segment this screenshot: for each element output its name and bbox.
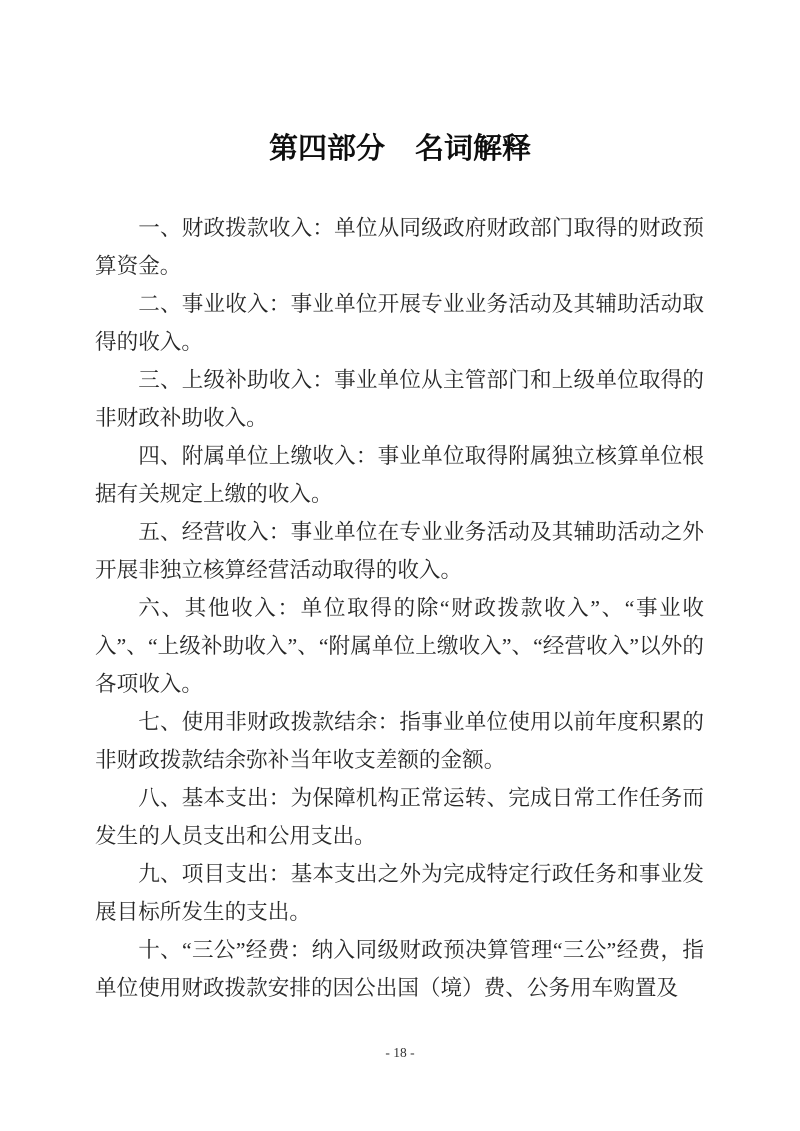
definition-affiliated-unit-income: 四、附属单位上缴收入：事业单位取得附属独立核算单位根据有关规定上缴的收入。 [95,437,704,513]
page-title: 第四部分 名词解释 [0,132,800,166]
definition-superior-subsidy-income: 三、上级补助收入：事业单位从主管部门和上级单位取得的非财政补助收入。 [95,361,704,437]
definition-basic-expenditure: 八、基本支出：为保障机构正常运转、完成日常工作任务而发生的人员支出和公用支出。 [95,779,704,855]
page-title-section: 第四部分 [269,132,385,166]
definition-business-income: 五、经营收入：事业单位在专业业务活动及其辅助活动之外开展非独立核算经营活动取得的… [95,513,704,589]
definition-operating-income: 二、事业收入：事业单位开展专业业务活动及其辅助活动取得的收入。 [95,285,704,361]
definition-non-fiscal-carryover: 七、使用非财政拨款结余：指事业单位使用以前年度积累的非财政拨款结余弥补当年收支差… [95,703,704,779]
definition-fiscal-appropriation-income: 一、财政拨款收入：单位从同级政府财政部门取得的财政预算资金。 [95,209,704,285]
page-title-subject: 名词解释 [415,132,531,166]
definition-other-income: 六、其他收入：单位取得的除“财政拨款收入”、“事业收入”、“上级补助收入”、“附… [95,589,704,703]
definition-three-public-funds: 十、“三公”经费：纳入同级财政预决算管理“三公”经费，指单位使用财政拨款安排的因… [95,931,704,1007]
page-number: - 18 - [0,1044,800,1062]
glossary-body: 一、财政拨款收入：单位从同级政府财政部门取得的财政预算资金。 二、事业收入：事业… [95,209,704,1007]
document-page: 第四部分 名词解释 一、财政拨款收入：单位从同级政府财政部门取得的财政预算资金。… [0,0,800,1131]
definition-project-expenditure: 九、项目支出：基本支出之外为完成特定行政任务和事业发展目标所发生的支出。 [95,855,704,931]
